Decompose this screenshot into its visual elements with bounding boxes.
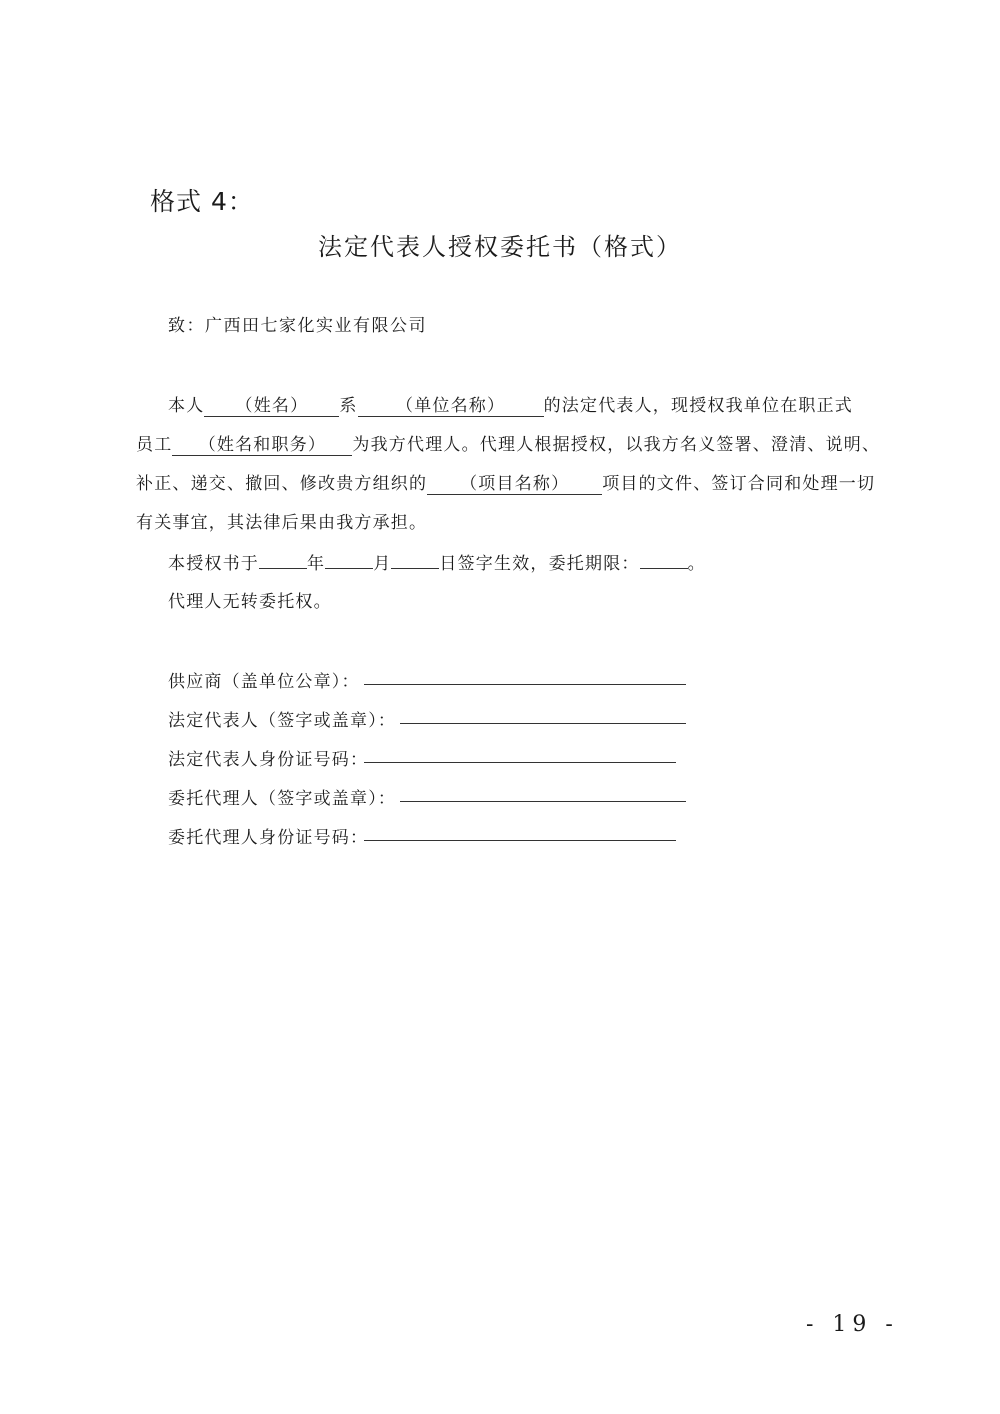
signature-legal-rep-label: 法定代表人（签字或盖章）： — [168, 706, 396, 731]
term-blank[interactable] — [640, 550, 688, 569]
signature-agent-label: 委托代理人（签字或盖章）： — [168, 784, 396, 809]
body-line-3: 补正、递交、撤回、修改贵方组织的（项目名称）项目的文件、签订合同和处理一切 — [136, 469, 875, 495]
text: 为我方代理人。代理人根据授权，以我方名义签署、澄清、说明、 — [352, 435, 880, 455]
body-line-4: 有关事宜，其法律后果由我方承担。 — [136, 508, 427, 533]
signature-supplier-line[interactable] — [364, 683, 686, 685]
day-blank[interactable] — [391, 550, 439, 569]
signature-supplier-label: 供应商（盖单位公章）： — [168, 667, 360, 692]
text: 补正、递交、撤回、修改贵方组织的 — [136, 474, 427, 494]
text: 月 — [373, 554, 391, 574]
signature-legal-rep-line[interactable] — [400, 722, 686, 724]
page-number: - 19 - — [806, 1312, 899, 1337]
name-blank[interactable]: （姓名） — [204, 396, 339, 417]
format-label: 格式 4： — [150, 182, 254, 218]
body-line-1: 本人（姓名）系（单位名称）的法定代表人，现授权我单位在职正式 — [168, 391, 853, 417]
project-name-blank[interactable]: （项目名称） — [427, 474, 602, 495]
agent-id-label: 委托代理人身份证号码： — [168, 823, 368, 848]
text: 系 — [339, 396, 357, 416]
year-blank[interactable] — [259, 550, 307, 569]
addressee: 致：广西田七家化实业有限公司 — [168, 311, 427, 336]
text: 本授权书于 — [168, 554, 259, 574]
unit-name-blank[interactable]: （单位名称） — [358, 396, 544, 417]
legal-rep-id-label: 法定代表人身份证号码： — [168, 745, 368, 770]
month-blank[interactable] — [325, 550, 373, 569]
legal-rep-id-line[interactable] — [364, 761, 676, 763]
validity-line: 本授权书于年月日签字生效，委托期限：。 — [168, 549, 706, 574]
agent-name-title-blank[interactable]: （姓名和职务） — [172, 435, 352, 456]
body-line-2: 员工（姓名和职务）为我方代理人。代理人根据授权，以我方名义签署、澄清、说明、 — [136, 430, 880, 456]
signature-agent-line[interactable] — [400, 800, 686, 802]
text: 日签字生效，委托期限： — [439, 554, 639, 574]
text: 项目的文件、签订合同和处理一切 — [602, 474, 875, 494]
text: 的法定代表人，现授权我单位在职正式 — [544, 396, 853, 416]
text: 本人 — [168, 396, 204, 416]
no-sub-delegation: 代理人无转委托权。 — [168, 587, 332, 612]
text: 年 — [307, 554, 325, 574]
text: 员工 — [136, 435, 172, 455]
agent-id-line[interactable] — [364, 839, 676, 841]
document-title: 法定代表人授权委托书（格式） — [318, 227, 682, 262]
text: 。 — [688, 554, 706, 574]
